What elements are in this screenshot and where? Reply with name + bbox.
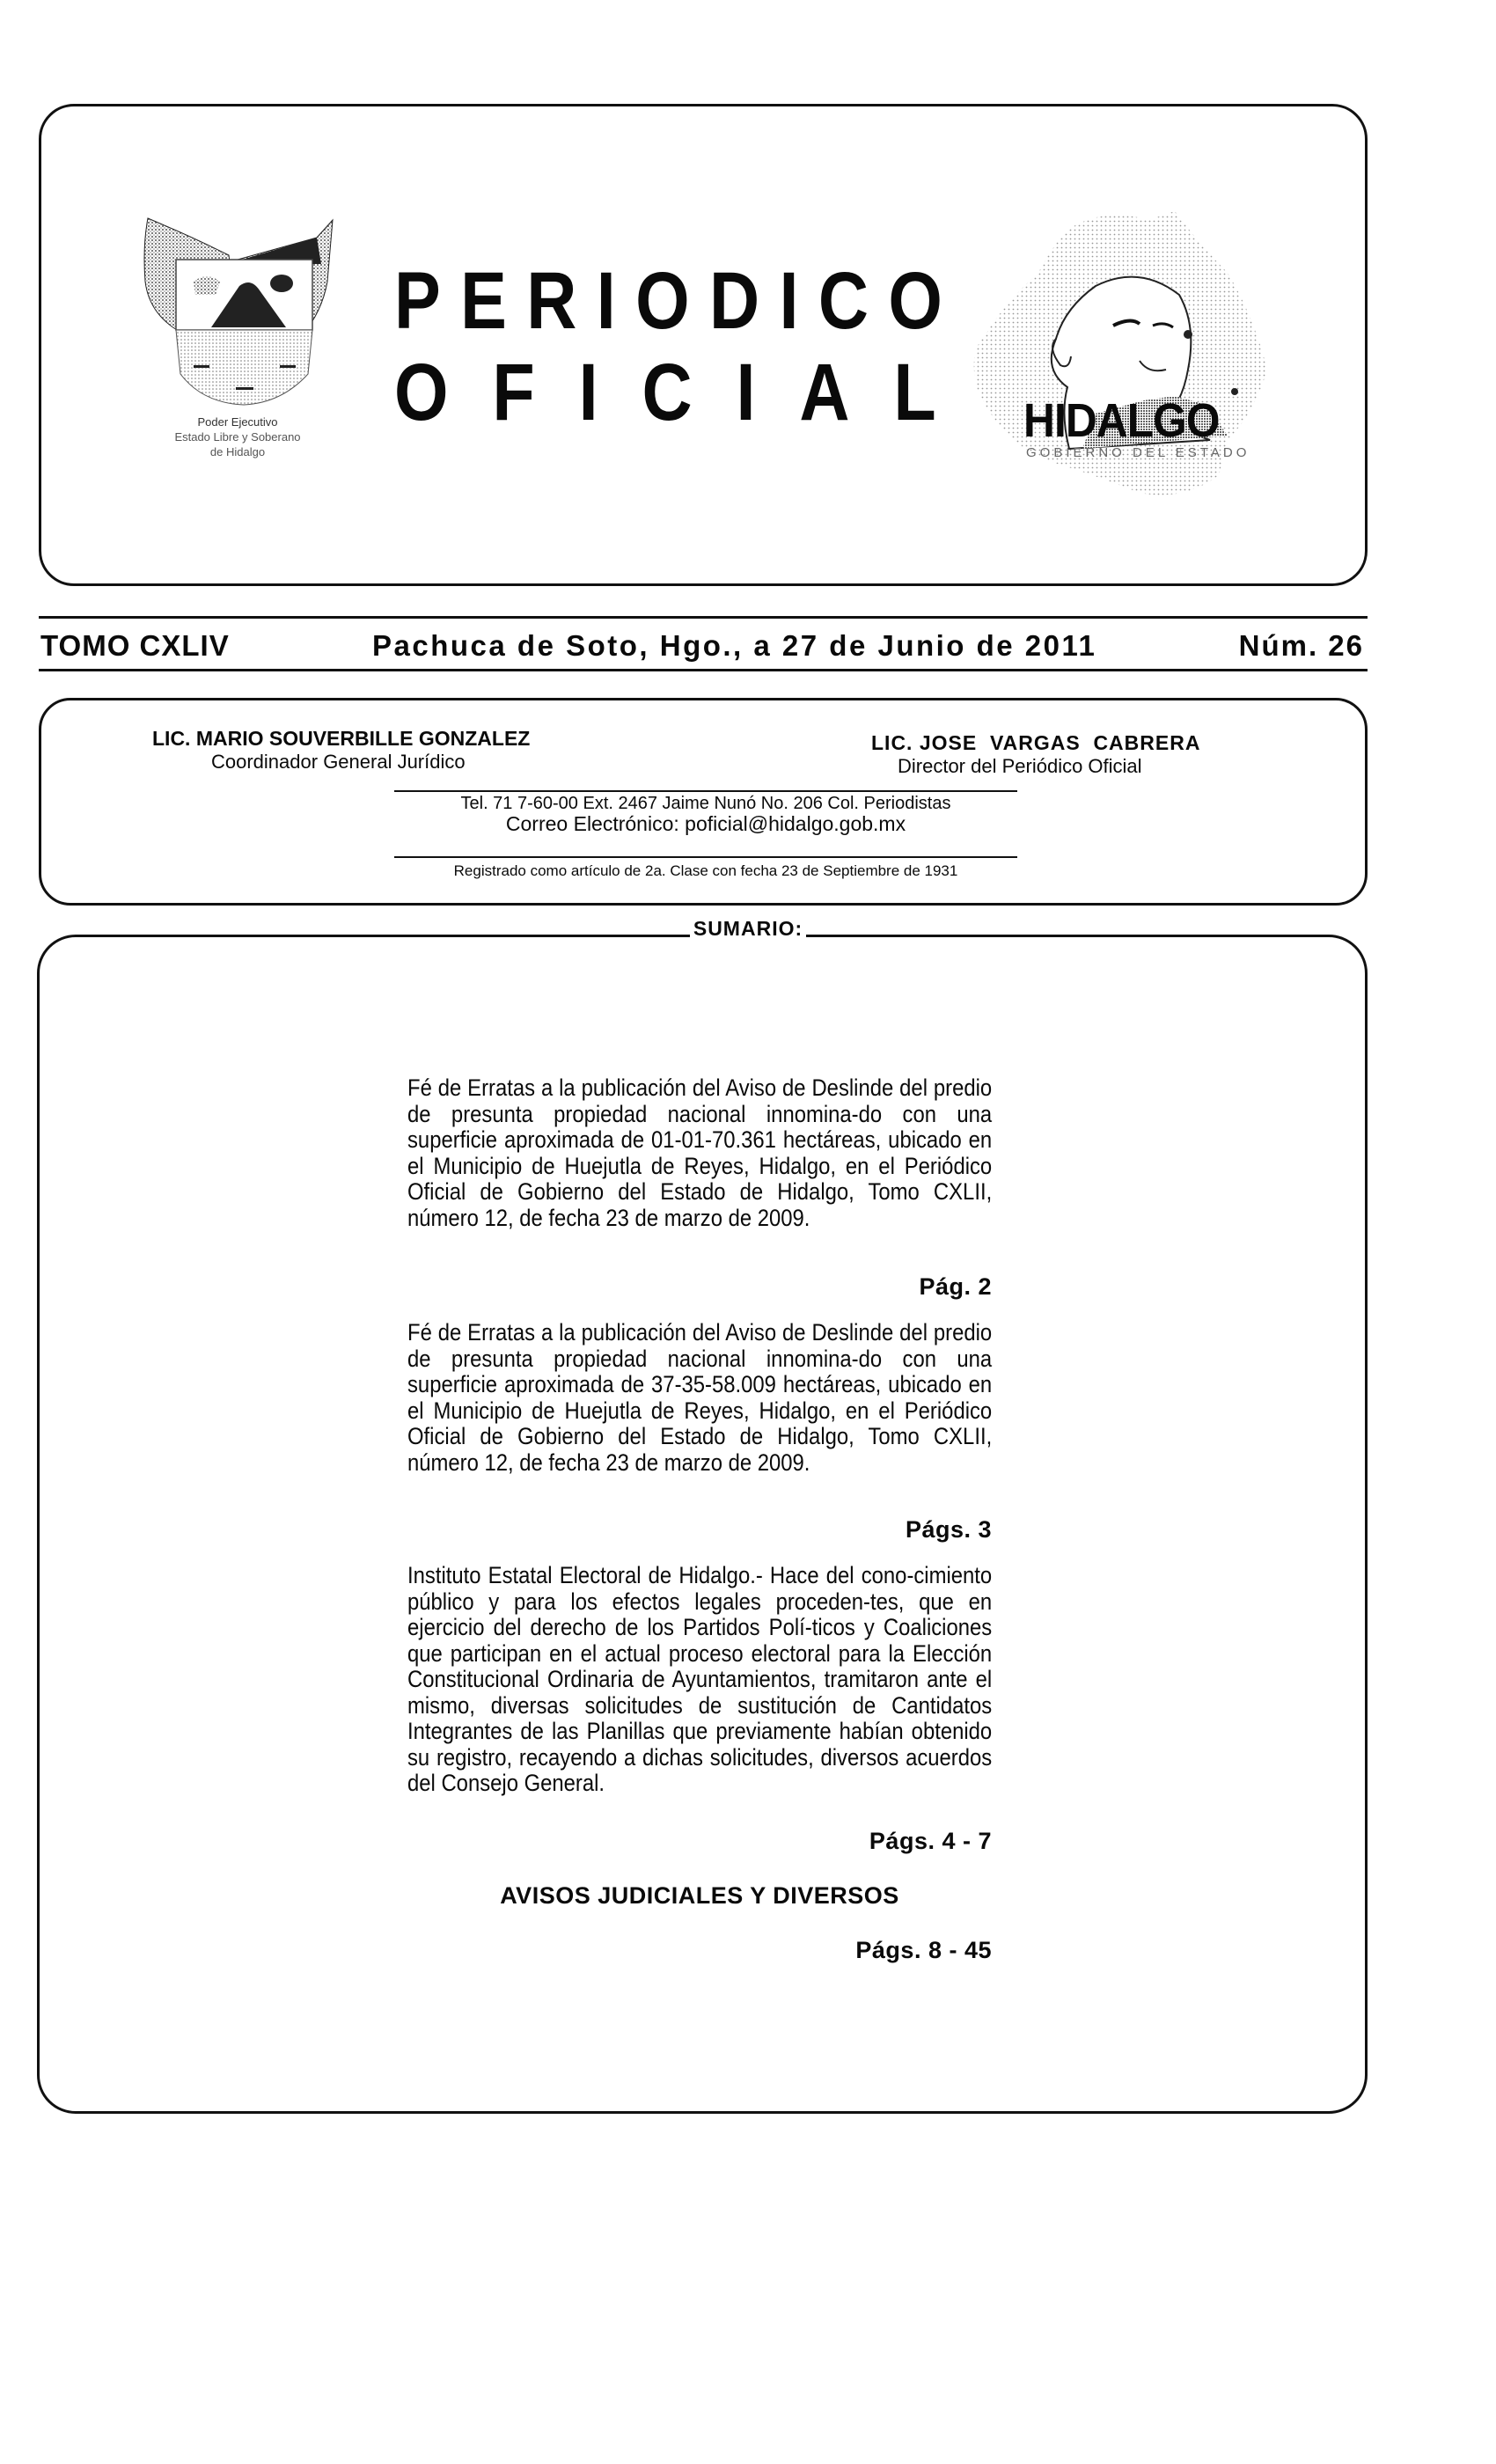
section-avisos-page: Págs. 8 - 45 xyxy=(855,1937,992,1963)
entry-2-text: Fé de Erratas a la publicación del Aviso… xyxy=(407,1320,992,1476)
issue-bar-bottom-rule xyxy=(39,669,1368,671)
place-and-date: Pachuca de Soto, Hgo., a 27 de Junio de … xyxy=(372,628,1096,664)
entry-1-text: Fé de Erratas a la publicación del Aviso… xyxy=(407,1075,992,1231)
director-role: Director del Periódico Oficial xyxy=(898,755,1142,778)
hidalgo-subtitle: GOBIERNO DEL ESTADO xyxy=(1026,445,1250,460)
newspaper-title-line2: OFICIAL xyxy=(394,352,980,433)
sumario-rule-left xyxy=(449,935,649,936)
entry-3-page: Págs. 4 - 7 xyxy=(869,1828,992,1854)
sumario-entry-2: Fé de Erratas a la publicación del Aviso… xyxy=(407,1320,992,1476)
hidalgo-portrait-map-icon xyxy=(964,194,1272,510)
director-name: LIC. JOSE VARGAS CABRERA xyxy=(871,731,1200,754)
entry-1-page: Pág. 2 xyxy=(919,1273,992,1300)
phone-address: Tel. 71 7-60-00 Ext. 2467 Jaime Nunó No.… xyxy=(394,794,1017,813)
contacts-divider-top xyxy=(394,790,1017,792)
coordinator-role: Coordinador General Jurídico xyxy=(211,751,466,774)
sumario-entry-1: Fé de Erratas a la publicación del Aviso… xyxy=(407,1075,992,1231)
coordinator-name: LIC. MARIO SOUVERBILLE GONZALEZ xyxy=(152,727,530,750)
contacts-divider-bottom xyxy=(394,856,1017,858)
entry-3-text: Instituto Estatal Electoral de Hidalgo.-… xyxy=(407,1563,992,1797)
hidalgo-wordmark: HIDALGO xyxy=(1023,396,1220,445)
registration-note: Registrado como artículo de 2a. Clase co… xyxy=(394,862,1017,880)
newspaper-title-line1: PERIODICO xyxy=(394,260,962,341)
state-coat-of-arms-icon xyxy=(141,211,343,409)
volume-number: TOMO CXLIV xyxy=(40,628,230,664)
entry-2-page: Págs. 3 xyxy=(906,1516,992,1543)
coat-caption-line2: Estado Libre y Soberano xyxy=(141,430,334,444)
sumario-heading: SUMARIO: xyxy=(0,915,1496,942)
coat-caption-line1: Poder Ejecutivo xyxy=(141,415,334,429)
contact-email: Correo Electrónico: poficial@hidalgo.gob… xyxy=(394,812,1017,835)
sumario-entry-3: Instituto Estatal Electoral de Hidalgo.-… xyxy=(407,1563,992,1797)
issue-bar-top-rule xyxy=(39,616,1368,619)
section-avisos-judiciales: AVISOS JUDICIALES Y DIVERSOS xyxy=(407,1882,992,1909)
issue-number: Núm. 26 xyxy=(1239,628,1364,664)
coat-caption-line3: de Hidalgo xyxy=(141,445,334,459)
sumario-label: SUMARIO: xyxy=(690,917,806,940)
